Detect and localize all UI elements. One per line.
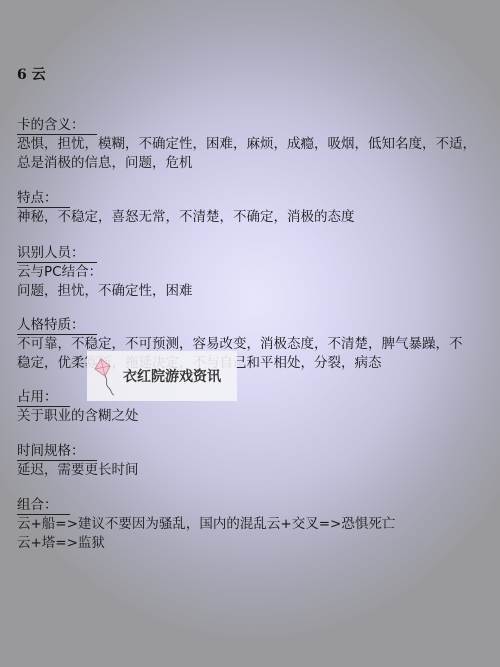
- section-line: 神秘，不稳定，喜怒无常，不清楚，不确定，消极的态度: [17, 208, 500, 227]
- section-features: 特点： 神秘，不稳定，喜怒无常，不清楚，不确定，消极的态度: [17, 187, 500, 227]
- section-heading: 时间规格：: [17, 442, 97, 461]
- section-line: 云+塔=>监狱: [17, 534, 500, 553]
- section-line: 总是消极的信息，问题，危机: [17, 154, 500, 173]
- watermark: 衣红院游戏资讯: [87, 351, 237, 401]
- section-meaning: 卡的含义： 恐惧，担忧，模糊，不确定性，困难，麻烦，成瘾，吸烟，低知名度，不适，…: [17, 114, 500, 172]
- section-timing: 时间规格： 延迟，需要更长时间: [17, 440, 500, 480]
- card-title: 6 云: [17, 64, 46, 84]
- section-line: 恐惧，担忧，模糊，不确定性，困难，麻烦，成瘾，吸烟，低知名度，不适，: [17, 135, 500, 154]
- section-identify-person: 识别人员： 云与PC结合： 问题，担忧，不确定性，困难: [17, 242, 500, 300]
- watermark-text: 衣红院游戏资讯: [123, 366, 221, 386]
- section-line: 问题，担忧，不确定性，困难: [17, 282, 500, 301]
- section-line: 云与PC结合：: [17, 263, 500, 282]
- section-heading: 特点：: [17, 189, 70, 208]
- section-heading: 组合：: [17, 496, 70, 515]
- section-heading: 识别人员：: [17, 244, 97, 263]
- section-combinations: 组合： 云+船=>建议不要因为骚乱，国内的混乱云+交叉=>恐惧死亡 云+塔=>监…: [17, 494, 500, 552]
- section-heading: 占用：: [17, 388, 70, 407]
- kite-icon: [91, 356, 121, 396]
- section-line: 关于职业的含糊之处: [17, 407, 500, 426]
- section-heading: 卡的含义：: [17, 116, 97, 135]
- section-heading: 人格特质：: [17, 316, 97, 335]
- section-line: 延迟，需要更长时间: [17, 461, 500, 480]
- section-line: 云+船=>建议不要因为骚乱，国内的混乱云+交叉=>恐惧死亡: [17, 515, 500, 534]
